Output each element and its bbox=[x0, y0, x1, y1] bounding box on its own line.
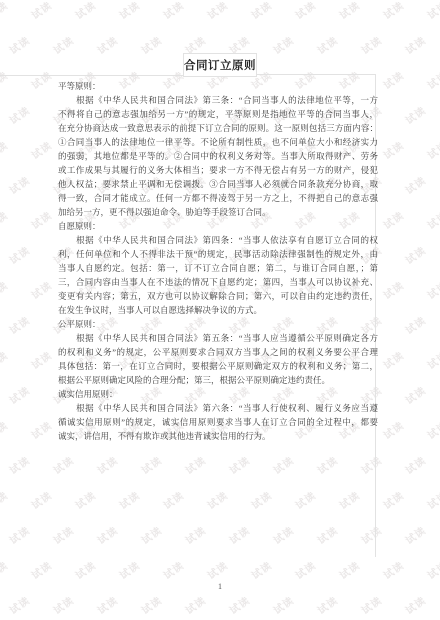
document-title: 合同订立原则 bbox=[184, 57, 256, 73]
watermark-text: 试读 bbox=[116, 0, 143, 22]
watermark-text: 试读 bbox=[402, 32, 429, 57]
watermark-text: 试读 bbox=[0, 347, 10, 372]
watermark-text: 试读 bbox=[380, 557, 407, 582]
watermark-text: 试读 bbox=[270, 522, 297, 547]
watermark-text: 试读 bbox=[402, 452, 429, 477]
title-box: 合同订立原则 bbox=[183, 53, 257, 77]
watermark-text: 试读 bbox=[424, 67, 440, 92]
body-line: 在充分协商达成一致意思表示的前提下订立合同的原则。这一原则包括三方面内容： bbox=[58, 121, 378, 135]
watermark-text: 试读 bbox=[0, 67, 10, 92]
watermark-text: 试读 bbox=[314, 522, 341, 547]
watermark-text: 试读 bbox=[270, 592, 297, 617]
watermark-text: 试读 bbox=[72, 487, 99, 512]
watermark-text: 试读 bbox=[6, 32, 33, 57]
watermark-text: 试读 bbox=[0, 557, 10, 582]
watermark-text: 试读 bbox=[28, 487, 55, 512]
watermark-text: 试读 bbox=[6, 242, 33, 267]
watermark-text: 试读 bbox=[116, 557, 143, 582]
body-line: 利，任何单位和个人不得非法干预”的规定，民事活动除法律强制性的规定外，由 bbox=[58, 247, 378, 261]
watermark-text: 试读 bbox=[6, 312, 33, 337]
watermark-text: 试读 bbox=[50, 452, 77, 477]
watermark-text: 试读 bbox=[28, 207, 55, 232]
section-heading: 自愿原则： bbox=[58, 219, 378, 233]
body-line: 具体包括：第一，在订立合同时，要根据公平原则确定双方的权利和义务；第二， bbox=[58, 359, 378, 373]
watermark-text: 试读 bbox=[402, 382, 429, 407]
watermark-text: 试读 bbox=[182, 452, 209, 477]
watermark-text: 试读 bbox=[424, 0, 440, 22]
body-line: 或工作成果与其履行的义务大体相当；要求一方不得无偿占有另一方的财产，侵犯 bbox=[58, 163, 378, 177]
watermark-text: 试读 bbox=[358, 32, 385, 57]
watermark-text: 试读 bbox=[138, 522, 165, 547]
watermark-text: 试读 bbox=[380, 277, 407, 302]
body-line: 加给另一方，更不得以强迫命令、胁迫等手段签订合同。 bbox=[58, 205, 378, 219]
watermark-text: 试读 bbox=[270, 32, 297, 57]
watermark-text: 试读 bbox=[424, 277, 440, 302]
body-line: 三，合同内容由当事人在不违法的情况下自愿约定；第四，当事人可以协议补充、 bbox=[58, 275, 378, 289]
watermark-text: 试读 bbox=[248, 0, 275, 22]
watermark-text: 试读 bbox=[28, 347, 55, 372]
watermark-text: 试读 bbox=[0, 207, 10, 232]
watermark-text: 试读 bbox=[50, 32, 77, 57]
watermark-text: 试读 bbox=[402, 242, 429, 267]
watermark-text: 试读 bbox=[402, 172, 429, 197]
watermark-text: 试读 bbox=[314, 592, 341, 617]
body-line: 根据《中华人民共和国合同法》第六条：“当事人行使权利、履行义务应当遵 bbox=[58, 401, 378, 415]
watermark-text: 试读 bbox=[0, 487, 10, 512]
watermark-text: 试读 bbox=[380, 0, 407, 22]
watermark-text: 试读 bbox=[380, 207, 407, 232]
section-heading: 诚实信用原则： bbox=[58, 387, 378, 401]
watermark-text: 试读 bbox=[28, 417, 55, 442]
watermark-text: 试读 bbox=[28, 0, 55, 22]
watermark-text: 试读 bbox=[402, 312, 429, 337]
page-number: 1 bbox=[0, 582, 440, 591]
watermark-text: 试读 bbox=[0, 137, 10, 162]
header-rule-left bbox=[0, 75, 183, 76]
watermark-text: 试读 bbox=[424, 417, 440, 442]
watermark-text: 试读 bbox=[424, 137, 440, 162]
watermark-text: 试读 bbox=[226, 522, 253, 547]
watermark-text: 试读 bbox=[94, 522, 121, 547]
body-line: 的强弱，其地位都是平等的。②合同中的权利义务对等。当事人所取得财产、劳务 bbox=[58, 149, 378, 163]
body-line: 根据《中华人民共和国合同法》第三条：“合同当事人的法律地位平等，一方 bbox=[58, 93, 378, 107]
watermark-text: 试读 bbox=[50, 592, 77, 617]
watermark-text: 试读 bbox=[28, 557, 55, 582]
watermark-text: 试读 bbox=[72, 557, 99, 582]
watermark-text: 试读 bbox=[204, 557, 231, 582]
body-line: 不得将自己的意志强加给另一方”的规定，平等原则是指地位平等的合同当事人， bbox=[58, 107, 378, 121]
watermark-text: 试读 bbox=[204, 487, 231, 512]
watermark-text: 试读 bbox=[204, 0, 231, 22]
body-line: 得一致，合同才能成立。任何一方都不得凌驾于另一方之上，不得把自己的意志强 bbox=[58, 191, 378, 205]
body-line: 变更有关内容；第五，双方也可以协议解除合同；第六，可以自由约定违约责任， bbox=[58, 289, 378, 303]
watermark-text: 试读 bbox=[182, 592, 209, 617]
watermark-text: 试读 bbox=[0, 0, 10, 22]
watermark-text: 试读 bbox=[248, 487, 275, 512]
watermark-text: 试读 bbox=[314, 452, 341, 477]
watermark-text: 试读 bbox=[6, 102, 33, 127]
watermark-text: 试读 bbox=[138, 452, 165, 477]
watermark-text: 试读 bbox=[6, 522, 33, 547]
watermark-text: 试读 bbox=[226, 452, 253, 477]
body-line: 当事人自愿约定。包括：第一，订不订立合同自愿；第二，与谁订合同自愿，；第 bbox=[58, 261, 378, 275]
body-line: 诚实，讲信用，不得有欺诈或其他违背诚实信用的行为。 bbox=[58, 429, 378, 443]
body-line: 根据《中华人民共和国合同法》第五条：“当事人应当遵循公平原则确定各方 bbox=[58, 331, 378, 345]
watermark-text: 试读 bbox=[6, 592, 33, 617]
watermark-text: 试读 bbox=[380, 347, 407, 372]
watermark-text: 试读 bbox=[94, 452, 121, 477]
watermark-text: 试读 bbox=[50, 522, 77, 547]
body-line: 的权利和义务”的规定，公平原则要求合同双方当事人之间的权利义务要公平合理 bbox=[58, 345, 378, 359]
watermark-text: 试读 bbox=[116, 487, 143, 512]
watermark-text: 试读 bbox=[380, 137, 407, 162]
document-page: 试读试读试读试读试读试读试读试读试读试读试读试读试读试读试读试读试读试读试读试读… bbox=[0, 0, 440, 620]
watermark-text: 试读 bbox=[424, 487, 440, 512]
watermark-text: 试读 bbox=[28, 67, 55, 92]
watermark-text: 试读 bbox=[424, 347, 440, 372]
watermark-text: 试读 bbox=[94, 592, 121, 617]
watermark-text: 试读 bbox=[28, 277, 55, 302]
body-line: 根据《中华人民共和国合同法》第四条：“当事人依法享有自愿订立合同的权 bbox=[58, 233, 378, 247]
watermark-text: 试读 bbox=[6, 172, 33, 197]
watermark-text: 试读 bbox=[72, 0, 99, 22]
watermark-text: 试读 bbox=[138, 592, 165, 617]
watermark-text: 试读 bbox=[94, 32, 121, 57]
section-heading: 平等原则： bbox=[58, 79, 378, 93]
body-line: 循诚实信用原则”的规定，诚实信用原则要求当事人在订立合同的全过程中，都要 bbox=[58, 415, 378, 429]
watermark-text: 试读 bbox=[424, 557, 440, 582]
watermark-text: 试读 bbox=[358, 452, 385, 477]
watermark-text: 试读 bbox=[0, 417, 10, 442]
watermark-text: 试读 bbox=[380, 67, 407, 92]
watermark-text: 试读 bbox=[380, 417, 407, 442]
header-rule-right bbox=[255, 74, 376, 75]
watermark-text: 试读 bbox=[314, 32, 341, 57]
watermark-text: 试读 bbox=[28, 137, 55, 162]
watermark-text: 试读 bbox=[292, 0, 319, 22]
watermark-text: 试读 bbox=[270, 452, 297, 477]
watermark-text: 试读 bbox=[292, 557, 319, 582]
watermark-text: 试读 bbox=[402, 592, 429, 617]
watermark-text: 试读 bbox=[358, 522, 385, 547]
body-line: ①合同当事人的法律地位一律平等。不论所有制性质，也不问单位大小和经济实力 bbox=[58, 135, 378, 149]
body-line: 在发生争议时，当事人可以自愿选择解决争议的方式。 bbox=[58, 303, 378, 317]
document-body: 平等原则： 根据《中华人民共和国合同法》第三条：“合同当事人的法律地位平等，一方… bbox=[58, 79, 378, 443]
watermark-text: 试读 bbox=[424, 207, 440, 232]
watermark-text: 试读 bbox=[6, 452, 33, 477]
watermark-text: 试读 bbox=[160, 487, 187, 512]
watermark-text: 试读 bbox=[336, 487, 363, 512]
watermark-text: 试读 bbox=[248, 557, 275, 582]
section-heading: 公平原则： bbox=[58, 317, 378, 331]
watermark-text: 试读 bbox=[292, 487, 319, 512]
watermark-text: 试读 bbox=[138, 32, 165, 57]
watermark-text: 试读 bbox=[402, 522, 429, 547]
watermark-text: 试读 bbox=[6, 382, 33, 407]
watermark-text: 试读 bbox=[160, 0, 187, 22]
watermark-text: 试读 bbox=[336, 557, 363, 582]
watermark-text: 试读 bbox=[226, 592, 253, 617]
body-line: 根据公平原则确定风险的合理分配；第三，根据公平原则确定违约责任。 bbox=[58, 373, 378, 387]
watermark-text: 试读 bbox=[160, 557, 187, 582]
watermark-text: 试读 bbox=[402, 102, 429, 127]
watermark-text: 试读 bbox=[380, 487, 407, 512]
watermark-text: 试读 bbox=[358, 592, 385, 617]
body-line: 他人权益；要求禁止平调和无偿调拨。③合同当事人必须就合同条款充分协商，取 bbox=[58, 177, 378, 191]
watermark-text: 试读 bbox=[336, 0, 363, 22]
watermark-text: 试读 bbox=[182, 522, 209, 547]
watermark-text: 试读 bbox=[0, 277, 10, 302]
